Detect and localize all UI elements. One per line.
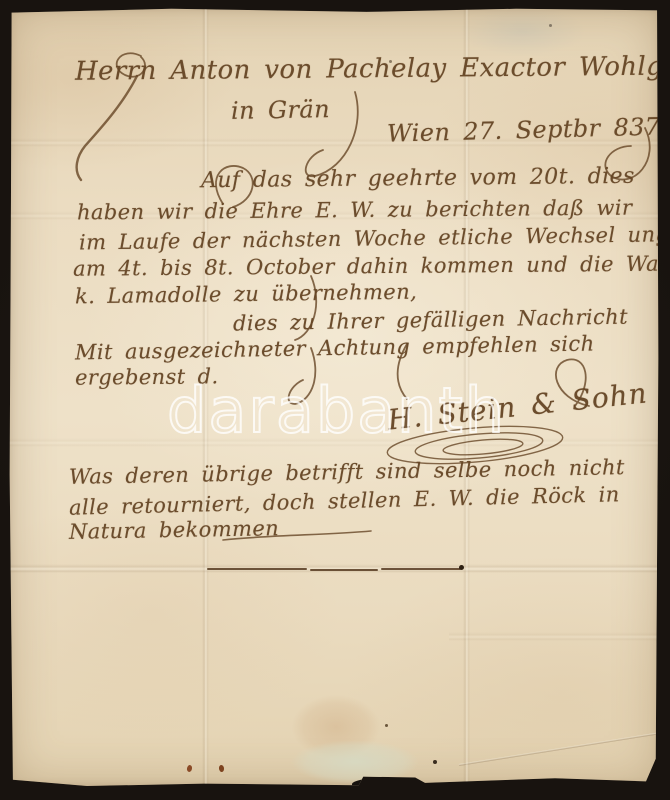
flourish-herrn-loop [117, 53, 145, 76]
letter-paper: Herrn Anton von Pachelay Exactor Wohlgeb… [9, 8, 659, 786]
speck [549, 24, 552, 27]
flourish-uebernehmen-descender [295, 276, 316, 340]
flourish-herrn-tail [77, 76, 137, 180]
speck [433, 760, 437, 764]
flourish-graen-descender [306, 92, 358, 176]
flourish-signature-ascender [556, 359, 589, 406]
watermark-text: darabanth [167, 374, 506, 447]
flourish-date-loop [605, 128, 649, 180]
flourish-auf-loop [216, 166, 253, 207]
auction-photo: { "photo": { "background_color": "#18130… [0, 0, 670, 800]
fold-end-ink-dot [459, 565, 464, 570]
speck [385, 724, 388, 727]
speck [389, 60, 392, 63]
postscript-underline-flourish [223, 531, 371, 540]
